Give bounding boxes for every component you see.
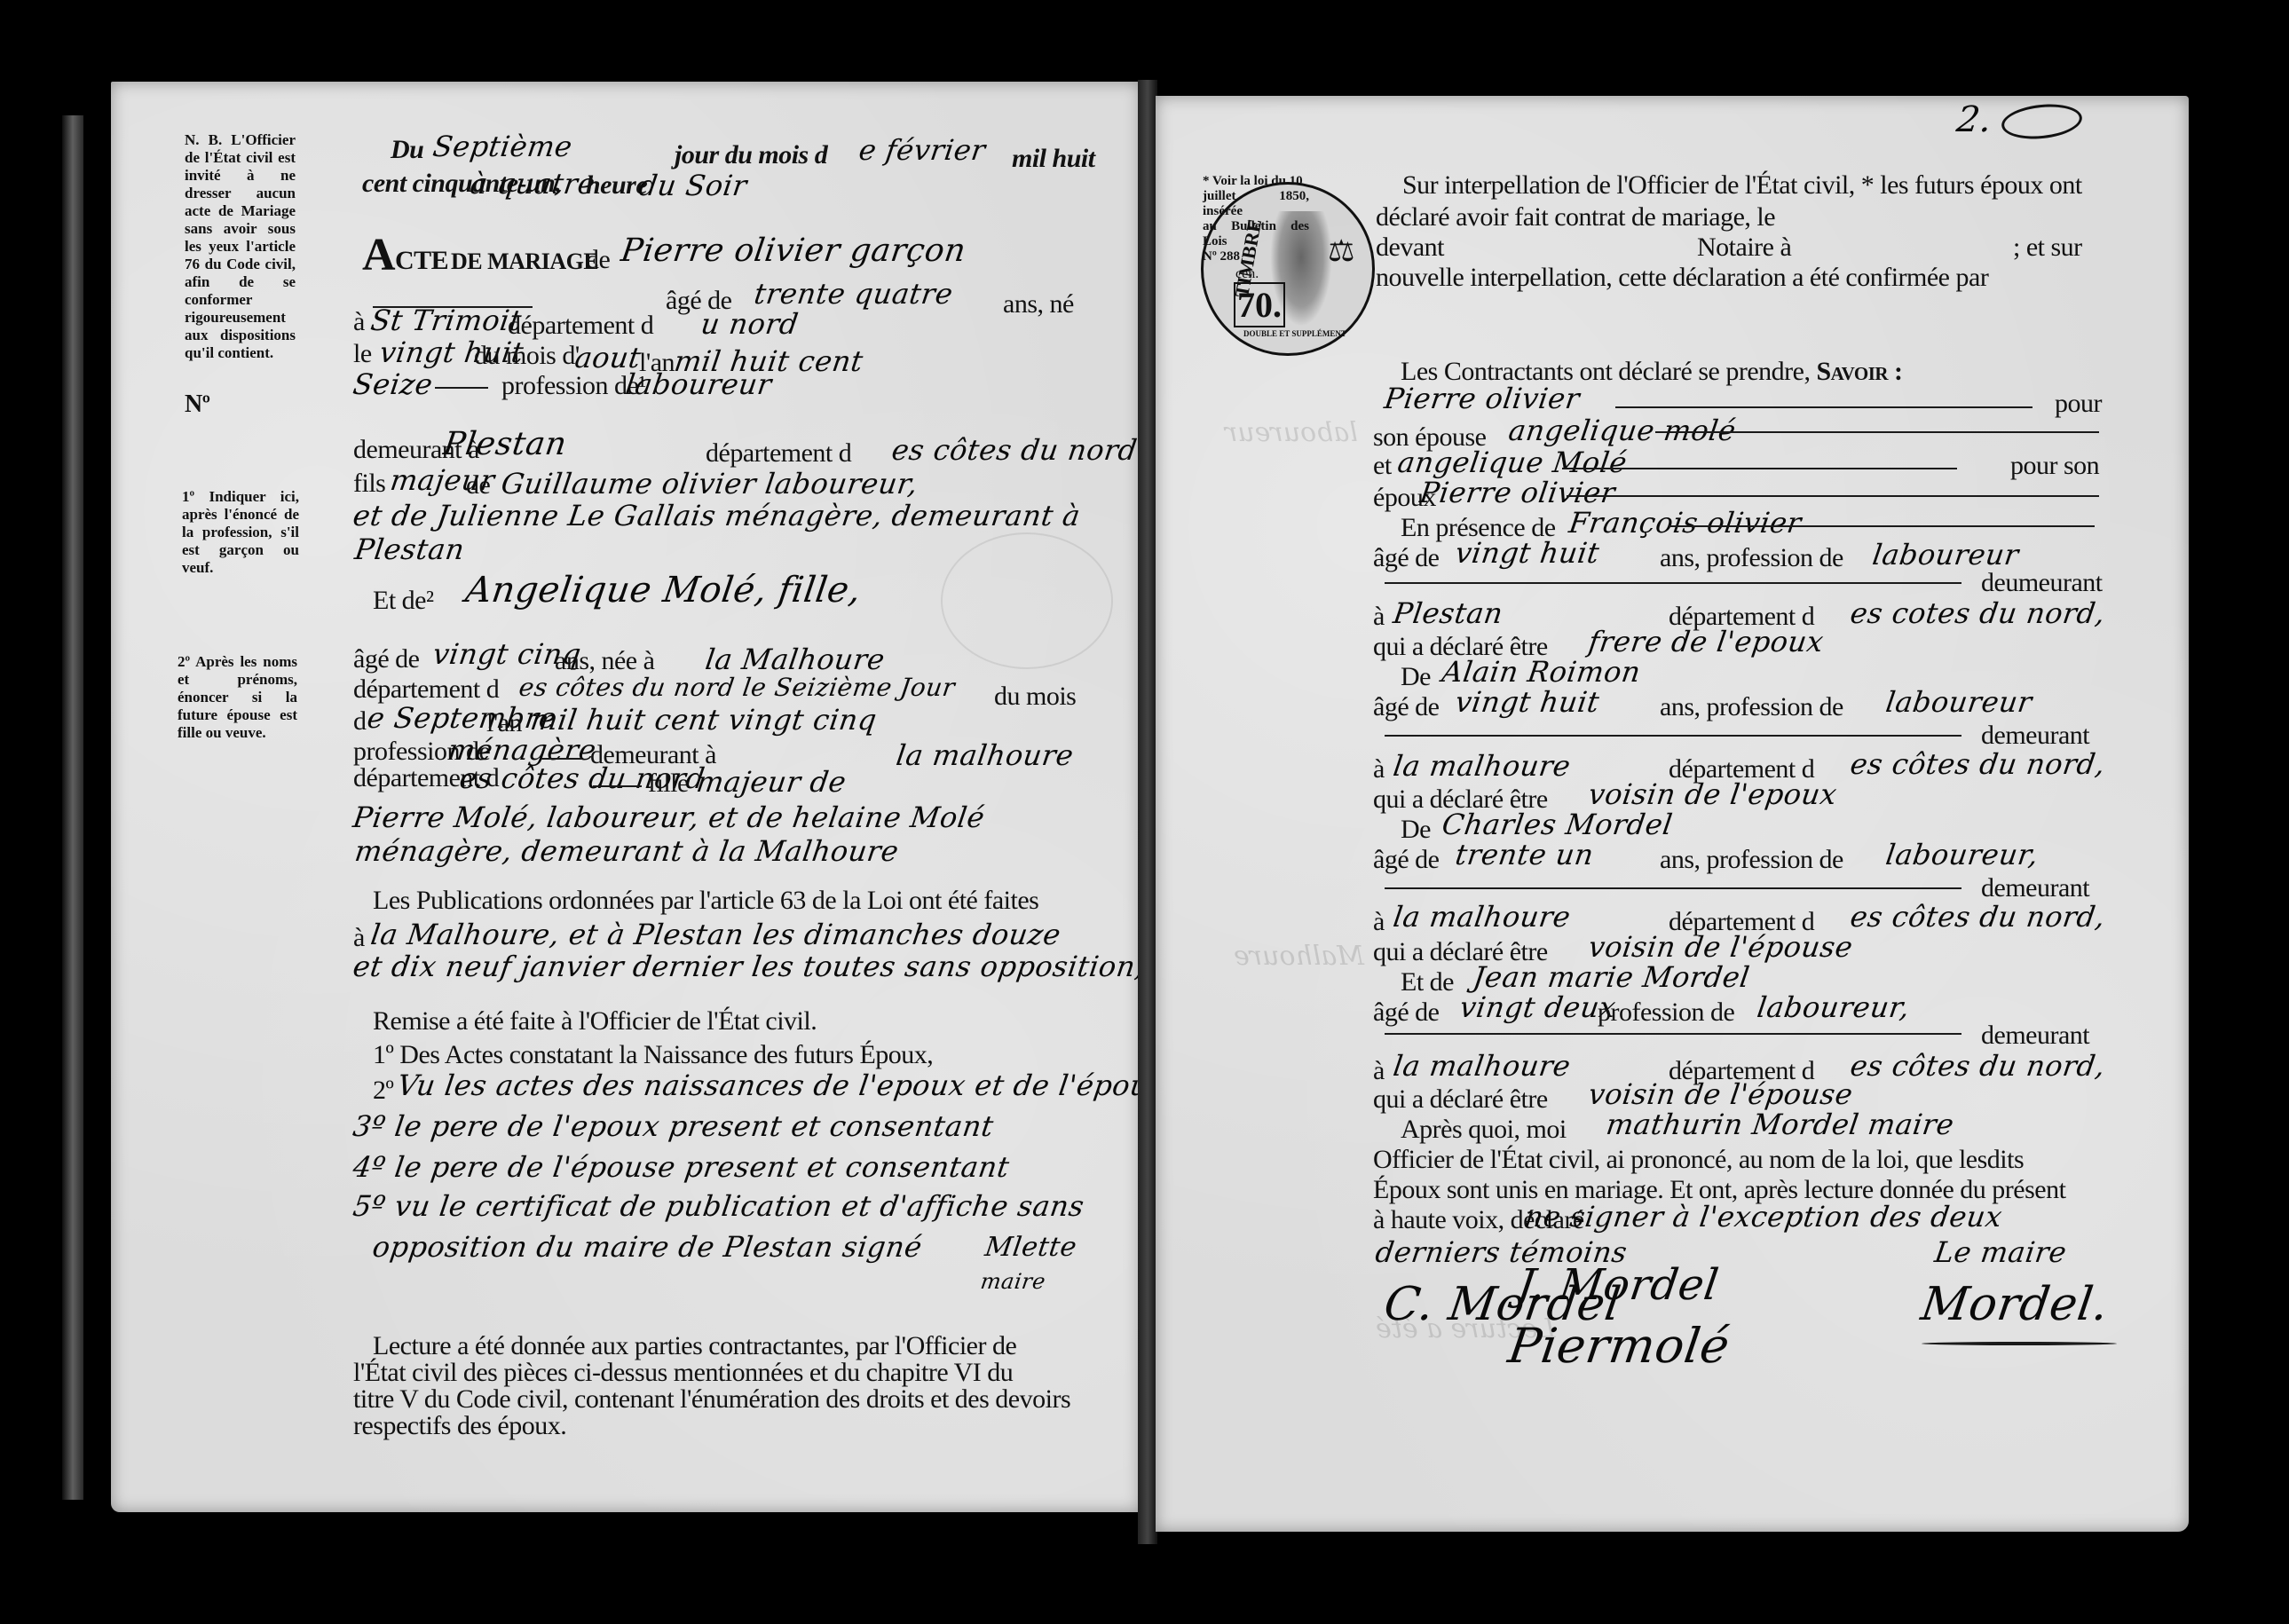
header-du: Du [391, 135, 423, 165]
header-mil-huit: mil huit [1012, 144, 1095, 174]
bride-et-de: Et de² [373, 586, 433, 616]
vows-bride-2: angelique Molé [1395, 445, 1629, 479]
remise-text: Remise a été faite à l'Officier de l'Éta… [373, 1006, 817, 1037]
margin-note-1: 1º Indiquer ici, après l'énoncé de la pr… [182, 488, 299, 577]
contract-line-1: Sur interpellation de l'Officier de l'Ét… [1402, 170, 2082, 201]
witness-1-age-label: âgé de [1373, 543, 1439, 573]
embossed-seal-ghost [941, 532, 1113, 669]
blank-rule [1385, 582, 1961, 584]
title-acte: CTE [395, 246, 448, 276]
title-initial: A [362, 229, 395, 281]
witness-4-name: Jean marie Mordel [1471, 960, 1752, 994]
mayor-signature-plestan: Mlette [983, 1232, 1079, 1263]
contract-notaire: Notaire à [1697, 233, 1791, 263]
bride-birthplace: la Malhoure [703, 643, 887, 676]
mayor-signature-title: maire [979, 1269, 1047, 1294]
contract-line-2: déclaré avoir fait contrat de mariage, l… [1376, 202, 1775, 233]
groom-birth-dept: u nord [699, 307, 801, 341]
blank-rule [1615, 406, 2032, 408]
contract-line-4: nouvelle interpellation, cette déclarati… [1376, 263, 1988, 293]
groom-name: Pierre olivier garçon [619, 233, 968, 269]
vows-pour-son: pour son [2010, 451, 2099, 481]
bride-fille-status: majeur de [694, 765, 849, 799]
vows-bride: angelique molé [1506, 414, 1738, 447]
groom-parents-residence: Plestan [352, 532, 467, 566]
stamp-cent-label: cen. [1235, 266, 1259, 282]
closing-line-2: Officier de l'État civil, ai prononcé, a… [1373, 1145, 2024, 1175]
bleed-through-text: laboureur [1225, 417, 1358, 448]
remise-item-5: 5º vu le certificat de publication et d'… [351, 1189, 1086, 1223]
book-gutter [1138, 80, 1157, 1544]
bride-residence: la malhoure [894, 738, 1076, 772]
witness-4-age-label: âgé de [1373, 997, 1439, 1028]
header-month: e février [856, 133, 988, 167]
witness-1-a: à [1373, 602, 1385, 632]
bride-d: d [353, 706, 367, 737]
publications-hand-1: la Malhoure, et à Plestan les dimanches … [368, 918, 1062, 951]
witness-3-residence: la malhoure [1391, 900, 1573, 934]
groom-departement-label: département d [508, 311, 653, 341]
witness-4-intro: Et de [1401, 967, 1454, 997]
header-day: Septième [430, 130, 574, 163]
witness-1-demeurant: deumeurant [1981, 568, 2103, 598]
groom-birthplace: St Trimoit [368, 304, 524, 337]
publications-text: Les Publications ordonnées par l'article… [373, 886, 1038, 916]
closing-declared: ne signer à l'exception des deux [1522, 1200, 2004, 1234]
blank-rule [541, 758, 581, 760]
witness-2-a: à [1373, 754, 1385, 784]
witness-3-name: Charles Mordel [1440, 808, 1675, 841]
header-jour-du-mois: jour du mois d [675, 140, 827, 170]
title-de: de [586, 245, 610, 275]
blank-rule [1385, 1033, 1961, 1035]
witness-1-age: vingt huit [1453, 536, 1601, 570]
groom-profession: laboureur [623, 367, 774, 401]
witness-3-relation: voisin de l'épouse [1586, 930, 1855, 964]
witness-1-dept: es cotes du nord, [1848, 596, 2107, 630]
scales-icon: ⚖ [1328, 233, 1354, 269]
witness-4-age: vingt deux [1457, 990, 1618, 1024]
closing-le-maire: Le maire [1932, 1235, 2069, 1269]
signature-pierre-mole: Piermolé [1505, 1318, 1733, 1374]
witness-4-relation: voisin de l'épouse [1586, 1077, 1855, 1111]
vows-savoir: Savoir : [1816, 357, 1902, 386]
witness-2-intro: De [1401, 662, 1431, 692]
groom-fils-label: fils [353, 469, 385, 499]
publications-a: à [353, 923, 365, 953]
page-number: 2. [1954, 99, 1995, 140]
contract-devant: devant [1376, 233, 1444, 263]
contract-et-sur: ; et sur [2013, 233, 2082, 263]
stamp-note-line: au Bulletin des Lois [1203, 219, 1309, 248]
publications-hand-2: et dix neuf janvier dernier les toutes s… [351, 950, 1147, 983]
witness-4-residence: la malhoure [1391, 1049, 1573, 1083]
signature-mayor-mordel: Mordel. [1918, 1278, 2112, 1331]
groom-residence-dept-label: département d [706, 438, 851, 469]
witness-2-profession-label: ans, profession de [1660, 692, 1843, 722]
stamp-value: 70. [1234, 282, 1285, 327]
witness-4-a: à [1373, 1056, 1385, 1086]
lecture-line-2: l'État civil des pièces ci-dessus mentio… [353, 1358, 1013, 1388]
record-number-label: Nº [185, 390, 209, 419]
lecture-line-1: Lecture a été donnée aux parties contrac… [373, 1331, 1016, 1361]
groom-residence-dept: es côtes du nord [889, 433, 1139, 467]
bride-name: Angelique Molé, fille, [463, 570, 864, 611]
groom-ans-ne: ans, né [1003, 289, 1074, 319]
margin-note-2: 2º Après les noms et prénoms, énoncer si… [178, 653, 297, 742]
remise-item-2-num: 2º [373, 1076, 393, 1106]
remise-item-1: 1º Des Actes constatant la Naissance des… [373, 1040, 933, 1070]
witness-2-demeurant: demeurant [1981, 721, 2089, 751]
title-de-mariage: DE MARIAGE [451, 248, 598, 275]
groom-parents-de: de [466, 470, 490, 501]
witness-4-profession-label: profession de [1598, 997, 1734, 1028]
remise-item-4: 4º le pere de l'épouse present et consen… [351, 1150, 1011, 1184]
bride-parents-1: Pierre Molé, laboureur, et de helaine Mo… [351, 800, 987, 834]
groom-age: trente quatre [752, 277, 955, 311]
blank-rule [1385, 887, 1961, 889]
blank-rule [1655, 431, 2099, 433]
bride-birth-year: mil huit cent vingt cinq [528, 703, 879, 737]
blank-rule [1669, 525, 2095, 527]
remise-item-3: 3º le pere de l'epoux present et consent… [351, 1109, 996, 1143]
witness-3-profession: laboureur, [1883, 838, 2040, 871]
witness-2-age: vingt huit [1453, 685, 1601, 719]
groom-residence: Plestan [441, 426, 569, 462]
vows-pour: pour [2055, 389, 2102, 419]
stamp-note-line: juillet 1850, insérée [1203, 189, 1309, 218]
bride-parents-2: ménagère, demeurant à la Malhoure [352, 834, 901, 868]
bride-ans-nee: ans, née à [555, 646, 654, 676]
witness-3-a: à [1373, 907, 1385, 937]
witness-2-profession: laboureur [1883, 685, 2034, 719]
groom-mother: et de Julienne Le Gallais ménagère, deme… [351, 499, 1082, 532]
witness-2-name: Alain Roimon [1440, 655, 1643, 689]
blank-rule [1385, 735, 1961, 737]
margin-note-nb: N. B. L'Officier de l'État civil est inv… [185, 131, 296, 362]
lecture-line-4: respectifs des époux. [353, 1411, 566, 1441]
witness-4-declared-label: qui a déclaré être [1373, 1084, 1548, 1115]
vows-groom-2: Pierre olivier [1417, 476, 1617, 509]
lecture-line-3: titre V du Code civil, contenant l'énumé… [353, 1384, 1070, 1415]
groom-birth-year-2: Seize [351, 367, 435, 401]
groom-du-mois: du mois d' [474, 341, 580, 371]
witness-2-residence: la malhoure [1391, 749, 1573, 783]
witness-3-dept: es côtes du nord, [1848, 900, 2107, 934]
witness-3-demeurant: demeurant [1981, 873, 2089, 903]
witness-2-relation: voisin de l'epoux [1586, 777, 1839, 811]
closing-officer: mathurin Mordel maire [1604, 1108, 1956, 1141]
witness-1-profession-label: ans, profession de [1660, 543, 1843, 573]
witness-1-profession: laboureur [1870, 538, 2021, 572]
groom-father: Guillaume olivier laboureur, [499, 467, 920, 501]
witness-2-age-label: âgé de [1373, 692, 1439, 722]
groom-le: le [353, 339, 372, 369]
witness-1-residence: Plestan [1391, 596, 1505, 630]
vows-et: et [1373, 451, 1392, 481]
witness-3-age: trente un [1453, 838, 1596, 871]
witness-4-profession: laboureur, [1755, 990, 1912, 1024]
blank-rule [1567, 495, 2099, 497]
blank-rule [435, 387, 488, 389]
bride-du-mois: du mois [994, 682, 1076, 712]
stamp-footer: DOUBLE ET SUPPLÉMENT [1243, 329, 1346, 338]
header-hour: à quatre [468, 167, 597, 201]
witness-4-dept: es côtes du nord, [1848, 1049, 2107, 1083]
blank-rule [593, 785, 642, 787]
groom-a: à [353, 307, 365, 337]
remise-item-6: opposition du maire de Plestan signé [370, 1230, 924, 1264]
witness-3-intro: De [1401, 815, 1431, 845]
witness-3-age-label: âgé de [1373, 845, 1439, 875]
witness-2-dept: es côtes du nord, [1848, 747, 2107, 781]
witness-3-profession-label: ans, profession de [1660, 845, 1843, 875]
bleed-through-text: Malhoure [1234, 941, 1364, 972]
bride-departement-label: département d [353, 674, 499, 705]
bride-age-label: âgé de [353, 644, 419, 674]
closing-apres-quoi: Après quoi, moi [1401, 1115, 1567, 1145]
witness-4-demeurant: demeurant [1981, 1021, 2089, 1051]
remise-item-2: Vu les actes des naissances de l'epoux e… [395, 1068, 1183, 1102]
header-period: du Soir [636, 169, 749, 202]
book-edge [62, 115, 83, 1500]
bride-fille-label: fille [648, 769, 689, 799]
stamp-note-line: * Voir la loi du 10 [1203, 174, 1303, 188]
vows-groom: Pierre olivier [1382, 382, 1582, 415]
stamp-law-note: * Voir la loi du 10 juillet 1850, inséré… [1203, 174, 1309, 264]
signature-flourish [1922, 1342, 2117, 1345]
signature-j-mordel: J. Mordel [1514, 1260, 1722, 1310]
witness-1-relation: frere de l'epoux [1586, 625, 1826, 658]
blank-rule [1562, 468, 1957, 469]
witness-1-name: François olivier [1567, 506, 1804, 540]
stamp-note-line: Nº 288 [1203, 249, 1240, 264]
bride-birth-dept: es côtes du nord le Seizième Jour [517, 673, 957, 702]
